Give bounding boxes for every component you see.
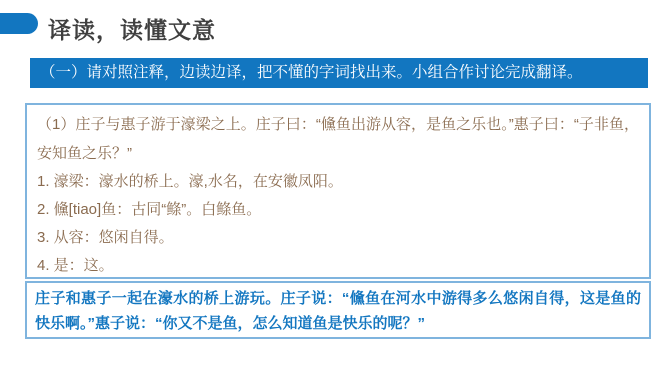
instruction-banner: （一）请对照注释，边读边译，把不懂的字词找出来。小组合作讨论完成翻译。	[30, 58, 648, 88]
passage-note-1: 1. 濠梁：濠水的桥上。濠,水名，在安徽凤阳。	[37, 168, 639, 196]
instruction-banner-text: （一）请对照注释，边读边译，把不懂的字词找出来。小组合作讨论完成翻译。	[40, 64, 583, 81]
translation-text: 庄子和惠子一起在濠水的桥上游玩。庄子说：“儵鱼在河水中游得多么悠闲自得，这是鱼的…	[35, 286, 641, 336]
title-accent-pill-icon	[0, 13, 38, 34]
translation-box: 庄子和惠子一起在濠水的桥上游玩。庄子说：“儵鱼在河水中游得多么悠闲自得，这是鱼的…	[25, 281, 651, 339]
presentation-slide: 译读，读懂文意 （一）请对照注释，边读边译，把不懂的字词找出来。小组合作讨论完成…	[0, 0, 668, 376]
passage-note-2: 2. 儵[tiao]鱼：古同“鲦”。白鲦鱼。	[37, 196, 639, 224]
page-title: 译读，读懂文意	[48, 12, 216, 45]
passage-note-4: 4. 是：这。	[37, 252, 639, 280]
passage-text: （1）庄子与惠子游于濠梁之上。庄子曰：“儵鱼出游从容，是鱼之乐也。”惠子曰：“子…	[37, 110, 639, 168]
passage-box: （1）庄子与惠子游于濠梁之上。庄子曰：“儵鱼出游从容，是鱼之乐也。”惠子曰：“子…	[25, 103, 651, 279]
passage-note-3: 3. 从容：悠闲自得。	[37, 224, 639, 252]
